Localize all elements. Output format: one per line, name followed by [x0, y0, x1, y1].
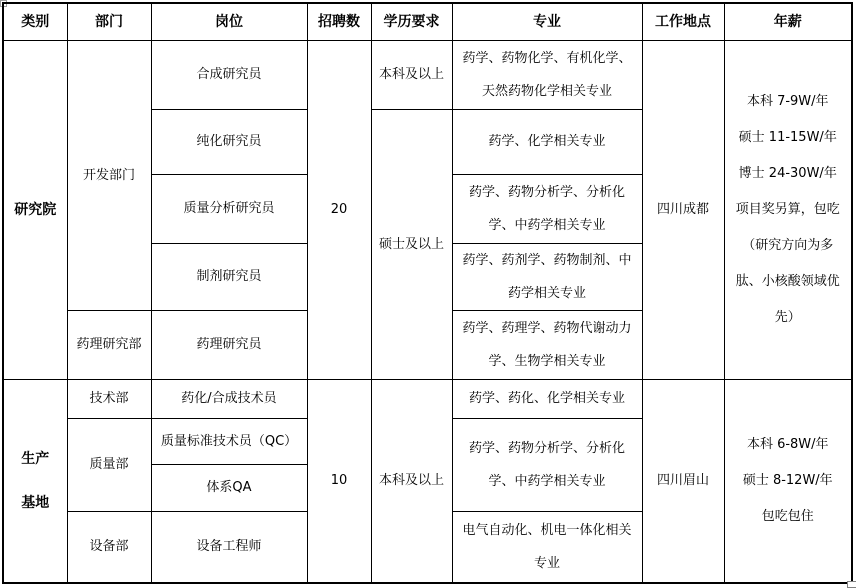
col-header-department: 部门: [67, 3, 151, 40]
cell-position-pharmchem-synthesis-technician: 药化/合成技术员: [151, 379, 307, 418]
col-header-headcount: 招聘数: [307, 3, 371, 40]
cell-major-synthesis: 药学、药物化学、有机化学、天然药物化学相关专业: [452, 40, 642, 109]
cell-major-pharmacology: 药学、药理学、药物代谢动力学、生物学相关专业: [452, 310, 642, 379]
cell-major-quality-analysis: 药学、药物分析学、分析化学、中药学相关专业: [452, 174, 642, 243]
cell-dept-technology: 技术部: [67, 379, 151, 418]
cell-headcount-research: 20: [307, 40, 371, 379]
cell-major-pharmchem: 药学、药化、化学相关专业: [452, 379, 642, 418]
cell-headcount-production: 10: [307, 379, 371, 583]
cell-major-purification: 药学、化学相关专业: [452, 109, 642, 174]
cell-major-electrical-automation: 电气自动化、机电一体化相关专业: [452, 511, 642, 583]
cell-category-production-base: 生产 基地: [3, 379, 67, 583]
cell-edu-bachelor-production: 本科及以上: [371, 379, 452, 583]
cell-location-chengdu: 四川成都: [642, 40, 724, 379]
cell-major-formulation: 药学、药剂学、药物制剂、中药学相关专业: [452, 243, 642, 310]
cell-location-meishan: 四川眉山: [642, 379, 724, 583]
col-header-category: 类别: [3, 3, 67, 40]
cell-edu-bachelor-research: 本科及以上: [371, 40, 452, 109]
col-header-position: 岗位: [151, 3, 307, 40]
table-row: 研究院 开发部门 合成研究员 20 本科及以上 药学、药物化学、有机化学、天然药…: [3, 40, 852, 109]
col-header-salary: 年薪: [724, 3, 852, 40]
cell-position-formulation-researcher: 制剂研究员: [151, 243, 307, 310]
cell-position-system-qa: 体系QA: [151, 464, 307, 511]
cell-position-equipment-engineer: 设备工程师: [151, 511, 307, 583]
cell-major-analysis-production: 药学、药物分析学、分析化学、中药学相关专业: [452, 418, 642, 511]
cell-dept-equipment: 设备部: [67, 511, 151, 583]
cell-category-research-institute: 研究院: [3, 40, 67, 379]
cell-position-quality-standard-technician-qc: 质量标准技术员（QC）: [151, 418, 307, 464]
cell-position-purification-researcher: 纯化研究员: [151, 109, 307, 174]
recruitment-table: 类别 部门 岗位 招聘数 学历要求 专业 工作地点 年薪 研究院 开发部门 合成…: [2, 2, 853, 584]
cell-position-synthesis-researcher: 合成研究员: [151, 40, 307, 109]
cell-edu-master-research: 硕士及以上: [371, 109, 452, 379]
header-row: 类别 部门 岗位 招聘数 学历要求 专业 工作地点 年薪: [3, 3, 852, 40]
cell-salary-production: 本科 6-8W/年 硕士 8-12W/年 包吃包住: [724, 379, 852, 583]
table-row: 生产 基地 技术部 药化/合成技术员 10 本科及以上 药学、药化、化学相关专业…: [3, 379, 852, 418]
col-header-education: 学历要求: [371, 3, 452, 40]
cell-dept-quality: 质量部: [67, 418, 151, 511]
cell-dept-development: 开发部门: [67, 40, 151, 310]
cell-position-pharmacology-researcher: 药理研究员: [151, 310, 307, 379]
cell-position-quality-analysis-researcher: 质量分析研究员: [151, 174, 307, 243]
col-header-location: 工作地点: [642, 3, 724, 40]
col-header-major: 专业: [452, 3, 642, 40]
cell-salary-research: 本科 7-9W/年 硕士 11-15W/年 博士 24-30W/年 项目奖另算，…: [724, 40, 852, 379]
cell-dept-pharmacology: 药理研究部: [67, 310, 151, 379]
